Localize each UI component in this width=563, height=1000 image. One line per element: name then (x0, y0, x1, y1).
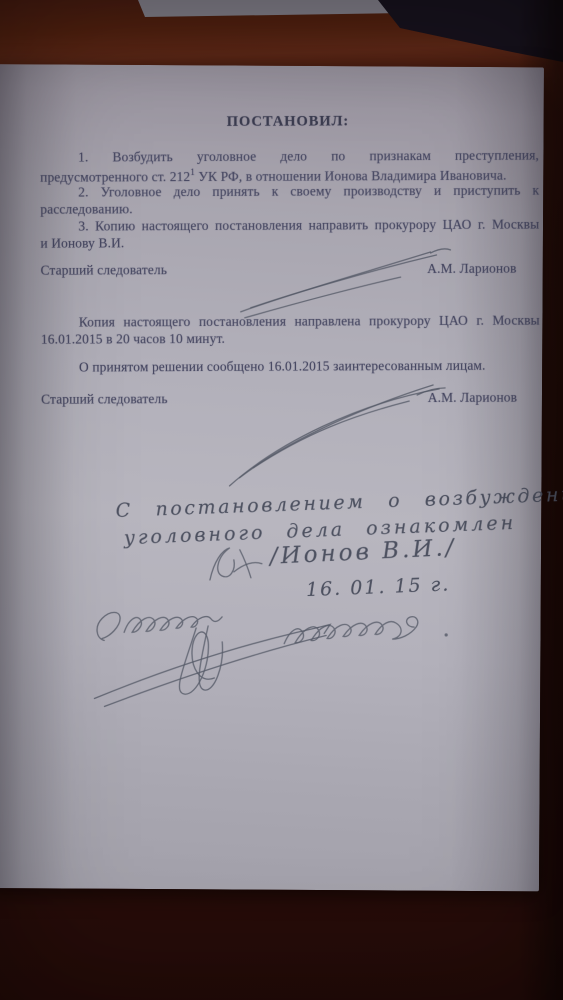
pen-stroke (124, 617, 222, 633)
signatory-role: Старший следователь (41, 262, 168, 279)
signatory-name: А.М. Ларионов (428, 390, 517, 406)
resolution-item-2-line-2: расследованию. (40, 201, 132, 217)
pen-stroke (430, 249, 450, 253)
ionov-initials-scribble (210, 548, 262, 580)
resolution-item-2-line-1: 2.Уголовноеделопринятьксвоемупроизводств… (78, 183, 539, 201)
paper-content: ПОСТАНОВИЛ: 1.Возбудитьуголовноеделопопр… (0, 65, 545, 891)
signatory-role: Старший следователь (41, 391, 168, 408)
pen-stroke (210, 548, 235, 580)
pen-stroke (253, 401, 409, 468)
pen-stroke (234, 563, 262, 572)
signature-row-2: Старший следователь А.М. Ларионов (41, 390, 517, 408)
pen-stroke (284, 617, 418, 644)
item-1-text-pre: предусмотренного ст. 212 (40, 169, 190, 185)
signature-row-1: Старший следователь А.М. Ларионов (41, 261, 517, 279)
pen-stroke (245, 277, 401, 318)
resolution-item-3-line-2: и Ионову В.И. (40, 235, 124, 251)
notice-line: О принятом решении сообщено 16.01.2015 з… (79, 358, 486, 376)
pen-stroke (318, 624, 330, 633)
copy-sent-line-1: Копиянастоящегопостановлениянаправленапр… (79, 313, 540, 331)
resolution-item-3-line-1: 3.Копиюнастоящегопостановлениянаправитьп… (78, 217, 539, 235)
pen-stroke (199, 626, 223, 690)
resolution-item-1-line-1: 1.Возбудитьуголовноеделопопризнакампрест… (78, 148, 539, 166)
pen-stroke (240, 550, 251, 578)
copy-sent-line-2: 16.01.2015 в 20 часов 10 минут. (41, 331, 225, 348)
document-title: ПОСТАНОВИЛ: (38, 113, 538, 132)
signatory-name: А.М. Ларионов (427, 261, 516, 277)
pen-stroke (97, 612, 120, 640)
paper-sheet: ПОСТАНОВИЛ: 1.Возбудитьуголовноеделопопр… (0, 64, 544, 891)
larionov-signature-1 (240, 249, 450, 318)
pen-stroke (94, 627, 318, 698)
item-1-text-post: УК РФ, в отношении Ионова Владимира Иван… (195, 168, 507, 184)
acknowledgment-signature-scribble (94, 611, 448, 707)
document-photo: ПОСТАНОВИЛ: 1.Возбудитьуголовноеделопопр… (0, 0, 563, 1000)
handwritten-date: 16. 01. 15 г. (306, 573, 451, 601)
pen-stroke (179, 628, 214, 694)
pen-stroke (104, 635, 326, 706)
pen-dot (445, 633, 448, 636)
